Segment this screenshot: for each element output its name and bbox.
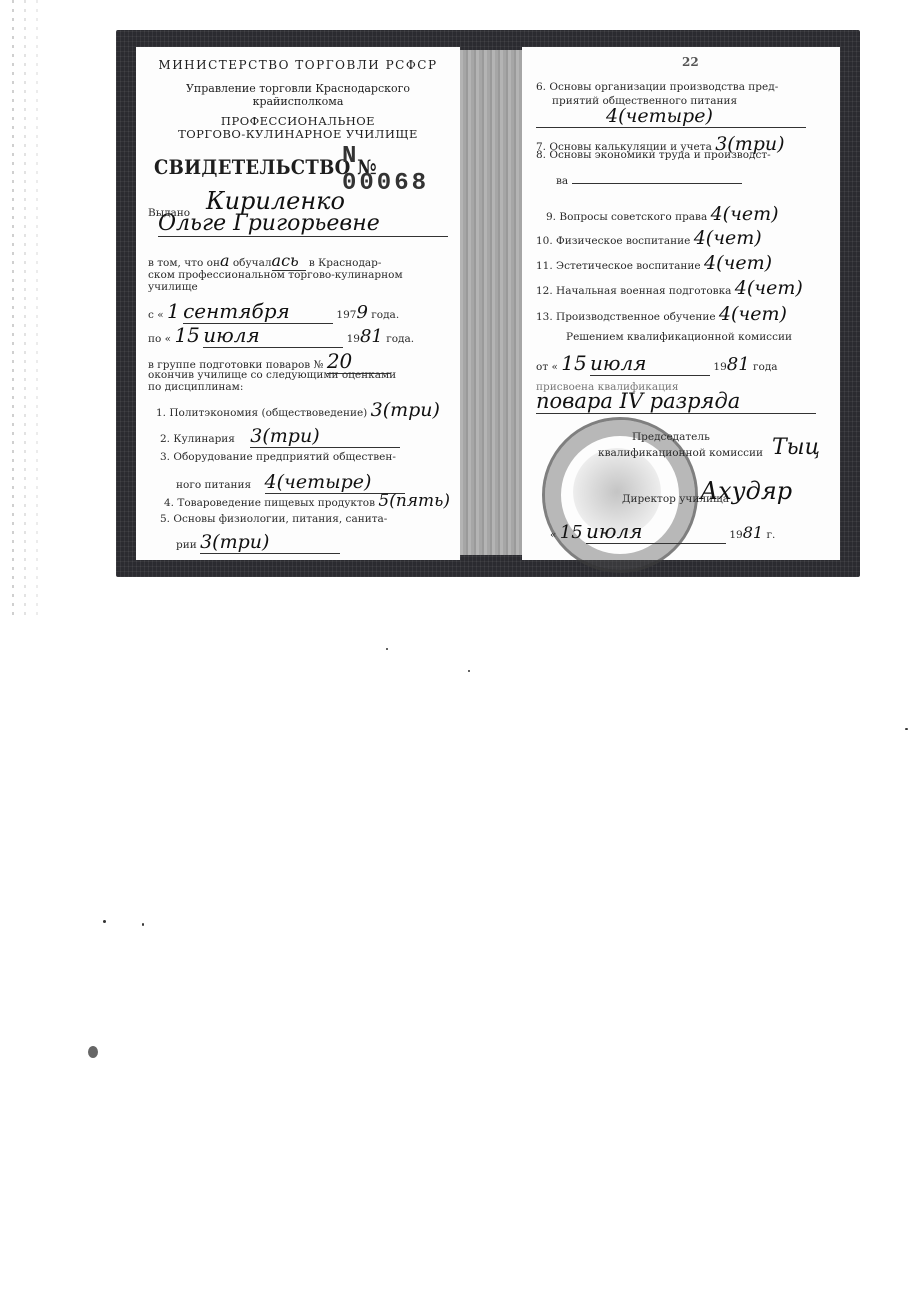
gender-suffix-2: ась	[272, 251, 306, 271]
commission-day: 15	[561, 351, 586, 375]
scan-speck	[142, 923, 144, 926]
subject-label: 12. Начальная военная подготовка	[536, 285, 731, 297]
given-names: Ольге Григорьевне	[158, 211, 448, 237]
subject-row: 5. Основы физиологии, питания, санита-	[160, 513, 387, 525]
to-year-digits: 81	[360, 326, 383, 347]
to-day: 15	[174, 323, 199, 347]
commission-year-suffix: года	[753, 361, 778, 373]
to-year-prefix: 19	[347, 333, 360, 345]
subject-row: 12. Начальная военная подготовка 4(чет)	[536, 277, 803, 299]
subject-row: 9. Вопросы советского права 4(чет)	[546, 203, 779, 225]
subject-row-cont: ва	[556, 175, 742, 187]
subject-row: 13. Производственное обучение 4(чет)	[536, 303, 787, 325]
ministry-heading: МИНИСТЕРСТВО ТОРГОВЛИ РСФСР	[136, 58, 460, 72]
gender-suffix-1: а	[220, 251, 230, 270]
subject-row: 8. Основы экономики труда и производст-	[536, 149, 771, 161]
subject-row: 10. Физическое воспитание 4(чет)	[536, 227, 762, 249]
subject-grade: 4(четыре)	[536, 105, 806, 128]
subject-label: 1. Политэкономия (обществоведение)	[156, 407, 367, 419]
commission-year-digits: 81	[727, 354, 750, 375]
subject-label: 11. Эстетическое воспитание	[536, 260, 701, 272]
subject-row-cont: рии 3(три)	[176, 531, 340, 554]
subject-grade: 4(чет)	[711, 203, 779, 225]
scan-artifact	[36, 0, 38, 620]
scan-speck	[905, 728, 908, 730]
commission-text: Решением квалификационной комиссии	[566, 331, 792, 343]
date-year-digits: 81	[743, 523, 763, 542]
scan-speck	[103, 920, 106, 923]
administration-line-1: Управление торговли Краснодарского	[136, 82, 460, 95]
commission-date-line: от « 15 июля 1981 года	[536, 351, 778, 376]
certificate-number: N 00068	[342, 143, 460, 197]
school-line: ском профессиональном торгово-кулинарном	[148, 269, 403, 281]
commission-month: июля	[590, 351, 710, 376]
subject-label: ного питания	[176, 479, 251, 491]
graduated-line-1: окончив училище со следующими оценками	[148, 369, 396, 381]
subject-label: 2. Кулинария	[160, 433, 235, 445]
subject-row: 1. Политэкономия (обществоведение) 3(три…	[156, 399, 440, 421]
school-heading: ПРОФЕССИОНАЛЬНОЕ ТОРГОВО-КУЛИНАРНОЕ УЧИЛ…	[136, 115, 460, 141]
qualification: повара IV разряда	[536, 389, 816, 414]
subject-grade: 3(три)	[250, 425, 400, 448]
administration-heading: Управление торговли Краснодарского крайи…	[136, 82, 460, 108]
scan-artifact	[12, 0, 14, 620]
subject-row: 11. Эстетическое воспитание 4(чет)	[536, 252, 772, 274]
to-date-line: по « 15 июля 1981 года.	[148, 323, 414, 348]
from-year-prefix: 197	[336, 309, 356, 321]
chairman-signature: Тыц	[772, 435, 820, 460]
booklet-spine	[458, 50, 522, 555]
studied-line: в том, что она обучалась в Краснодар-	[148, 251, 381, 271]
certificate-right-page: 22 6. Основы организации производства пр…	[522, 47, 840, 560]
subject-grade: 5(пять)	[378, 491, 450, 511]
subject-grade: 3(три)	[371, 399, 440, 421]
scan-speck	[88, 1046, 98, 1058]
to-year-suffix: года.	[386, 333, 414, 345]
from-year-suffix: года.	[371, 309, 399, 321]
certificate-left-page: МИНИСТЕРСТВО ТОРГОВЛИ РСФСР Управление т…	[136, 47, 460, 560]
text-studied: обучал	[233, 257, 272, 269]
to-prefix: по «	[148, 333, 171, 345]
text-that: в том, что он	[148, 257, 220, 269]
subject-label: 9. Вопросы советского права	[546, 211, 707, 223]
subject-grade: 4(чет)	[704, 252, 772, 274]
director-signature: Ахудяр	[700, 477, 792, 505]
certificate-title-row: СВИДЕТЕЛЬСТВО № N 00068	[154, 155, 460, 179]
text-in-krasnodar: в Краснодар-	[309, 257, 382, 269]
signing-date-line: « 15 июля 1981 г.	[550, 519, 775, 544]
subject-grade: 4(чет)	[735, 277, 803, 299]
commission-from: от «	[536, 361, 558, 373]
subject-label: 10. Физическое воспитание	[536, 235, 690, 247]
date-suffix: г.	[766, 529, 775, 541]
scan-artifact	[24, 0, 26, 620]
scan-speck	[468, 670, 470, 672]
commission-year-prefix: 19	[713, 361, 726, 373]
date-prefix: «	[550, 529, 556, 541]
subject-label: 13. Производственное обучение	[536, 311, 716, 323]
from-date-line: с « 1 сентября 1979 года.	[148, 299, 399, 324]
date-year-prefix: 19	[729, 529, 742, 541]
subject-label: ва	[556, 175, 568, 187]
subject-label: рии	[176, 539, 197, 551]
school-line-2: ТОРГОВО-КУЛИНАРНОЕ УЧИЛИЩЕ	[136, 128, 460, 141]
date-day: 15	[560, 522, 583, 543]
from-prefix: с «	[148, 309, 164, 321]
subject-grade	[572, 183, 742, 184]
subject-row: 2. Кулинария 3(три)	[160, 425, 400, 448]
school-end: училище	[148, 281, 198, 293]
page-mark: 22	[682, 55, 699, 69]
chairman-subtitle: квалификационной комиссии	[598, 447, 763, 459]
subject-row: 6. Основы организации производства пред-	[536, 81, 778, 93]
administration-line-2: крайисполкома	[136, 95, 460, 108]
from-year-digit: 9	[356, 302, 367, 323]
from-day: 1	[167, 299, 180, 323]
subject-grade: 3(три)	[200, 531, 340, 554]
date-month: июля	[586, 519, 726, 544]
subject-grade: 4(чет)	[694, 227, 762, 249]
subject-row: 3. Оборудование предприятий обществен-	[160, 451, 396, 463]
from-month: сентября	[183, 299, 333, 324]
subject-row: 4. Товароведение пищевых продуктов 5(пят…	[164, 491, 450, 511]
chairman-title: Председатель	[632, 431, 710, 443]
scan-speck	[386, 648, 388, 650]
subject-grade: 4(чет)	[719, 303, 787, 325]
graduated-line-2: по дисциплинам:	[148, 381, 243, 393]
subject-label: 4. Товароведение пищевых продуктов	[164, 497, 375, 509]
to-month: июля	[203, 323, 343, 348]
